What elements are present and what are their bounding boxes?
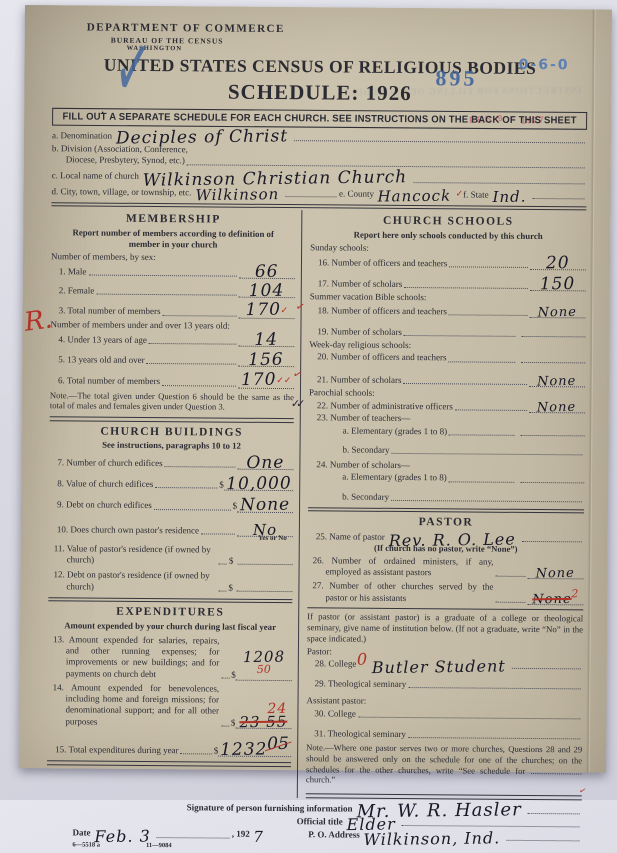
q22-value: None <box>529 401 585 414</box>
q16-row: 16. Number of officers and teachers 20 <box>310 254 586 270</box>
city-value: Wilkinson <box>195 189 279 201</box>
q28-red-mark: 0 <box>356 654 367 665</box>
pastor-note: Note.—Where one pastor serves two or mor… <box>306 742 582 787</box>
q21-value: None <box>529 375 585 388</box>
q19-blank <box>521 335 585 338</box>
q5-row: 5. 13 years old and over 156 <box>50 351 294 367</box>
q28-value: Butler Student <box>371 660 505 673</box>
q23a-row: a. Elementary (grades 1 to 8) <box>309 425 585 438</box>
field-church-name: c. Local name of church Wilkinson Christ… <box>52 170 587 186</box>
pastor-title: PASTOR <box>308 515 584 532</box>
q13-value: 120850 <box>236 650 292 681</box>
buildings-title: CHURCH BUILDINGS <box>50 424 294 440</box>
q27-value: None2 <box>527 587 583 605</box>
graduate-note: If pastor (or assistant pastor) is a gra… <box>307 611 583 646</box>
q1-row: 1. Male 66 <box>51 263 295 279</box>
q27-row: 27. Number of other churches served by t… <box>307 580 583 605</box>
q7-row: 7. Number of church edifices One <box>49 454 293 470</box>
q15-value: 123205 <box>218 736 291 757</box>
right-column: CHURCH SCHOOLS Report here only schools … <box>297 210 587 800</box>
red-check-icon: ✓ <box>577 786 587 798</box>
schools-title: CHURCH SCHOOLS <box>310 214 586 231</box>
q13-row: 13. Amount expended for salaries, repair… <box>48 634 292 681</box>
q12-row: 12. Debt on pastor's residence (if owned… <box>48 570 292 594</box>
q14-row: 14. Amount expended for benevolences, in… <box>47 682 291 729</box>
q25-row: 25. Name of pastor Rev. R. O. Lee <box>308 531 584 544</box>
q17-row: 17. Number of scholars 150 <box>310 275 586 291</box>
yes-or-no-hint: Yes or No <box>258 534 287 543</box>
group-sunday-schools: Sunday schools: <box>310 242 586 255</box>
left-column: MEMBERSHIP Report number of members acco… <box>47 208 302 797</box>
q11-blank <box>237 563 292 565</box>
q20-row: 20. Number of officers and teachers <box>309 352 585 365</box>
q4-value: 14 <box>238 333 294 348</box>
buildings-subtitle: See instructions, paragraphs 10 to 12 <box>50 439 294 452</box>
q10-row: 10. Does church own pastor's residence N… <box>49 521 293 537</box>
instruction-banner: FILL OUT A SEPARATE SCHEDULE FOR EACH CH… <box>52 108 587 130</box>
census-form-paper: INSTRUCTIONS FOR FILLING OUT SCHEDULE ✓ … <box>19 5 612 773</box>
q28-row: 28. College 0 Butler Student <box>307 658 583 671</box>
red-check-icon: ✓ <box>294 299 306 314</box>
q6-row: 6. Total number of members 170✓✓ <box>50 372 294 389</box>
q4-row: 4. Under 13 years of age 14 <box>50 331 294 347</box>
membership-title: MEMBERSHIP <box>51 211 295 227</box>
q24-row: 24. Number of scholars— <box>308 459 584 472</box>
q3-value: 170✓ <box>239 303 295 319</box>
q1-value: 66 <box>239 265 295 280</box>
expenditures-subtitle: Amount expended by your church during la… <box>48 620 292 633</box>
q22-row: ✓✓ 22. Number of administrative officers… <box>309 399 585 413</box>
red-check-icon: ✓✓ <box>276 376 291 386</box>
handwritten-code: 0-6-0 <box>519 57 570 75</box>
q18-value: None <box>530 306 586 319</box>
q7-value: One <box>237 456 293 471</box>
q26-row: 26. Number of ordained ministers, if any… <box>308 555 584 580</box>
county-value: Hancock <box>378 191 452 202</box>
schedule-number-stamp: 895 <box>435 64 477 92</box>
q14-value: 24 23 55 <box>235 703 291 729</box>
q26-value: None <box>528 567 584 580</box>
schools-subtitle: Report here only schools conducted by th… <box>310 229 586 242</box>
id-fields: R. a. Denomination Deciples of Christ b.… <box>51 129 587 201</box>
q21-row: ✓ 21. Number of scholars None <box>309 373 585 387</box>
q23b-row: b. Secondary <box>308 444 584 457</box>
paper-crease <box>586 9 596 772</box>
q19-row: 19. Number of scholars <box>309 326 585 339</box>
membership-note: Note.—The total given under Question 6 s… <box>50 390 294 413</box>
q25-value: Rev. R. O. Lee <box>389 533 516 546</box>
q24b-row: b. Secondary <box>308 491 584 504</box>
form-header: ✓ ’ DEPARTMENT OF COMMERCE BUREAU OF THE… <box>52 21 588 129</box>
q8-value: 10,000 <box>224 477 294 492</box>
q29-row: 29. Theological seminary <box>307 678 583 691</box>
q9-row: 9. Debt on church edifices $ None <box>49 497 293 513</box>
q18-row: ✓ 18. Number of officers and teachers No… <box>310 304 586 318</box>
q31-row: 31. Theological seminary <box>306 728 582 741</box>
q17-value: 150 <box>530 277 586 292</box>
q5-value: 156 <box>238 353 294 368</box>
q16-value: 20 <box>530 256 586 271</box>
form-columns: MEMBERSHIP Report number of members acco… <box>47 208 587 800</box>
q24a-row: a. Elementary (grades 1 to 8) <box>308 472 584 485</box>
assistant-pastor-label: Assistant pastor: <box>306 696 582 709</box>
red-check-icon: ✓ <box>456 189 464 200</box>
q11-row: 11. Value of pastor's residence (if owne… <box>49 543 293 567</box>
black-check-icon: ✓✓ <box>291 397 302 411</box>
q27-correction: 2 <box>571 590 578 598</box>
q20-blank <box>521 361 585 364</box>
q23-row: 23. Number of teachers— <box>309 413 585 426</box>
group-weekday-schools: Week-day religious schools: <box>309 339 585 352</box>
q6-value: 170✓✓ <box>238 373 294 389</box>
q30-row: 30. College <box>306 708 582 721</box>
q2-row: 2. Female 104 <box>51 282 295 298</box>
q15-row: 15. Total expenditures during year $ 123… <box>47 735 291 757</box>
q9-value: None <box>237 498 293 513</box>
membership-subtitle: Report number of members according to de… <box>51 227 295 251</box>
q2-value: 104 <box>239 284 295 299</box>
q8-row: 8. Value of church edifices $ 10,000 <box>49 475 293 491</box>
state-value: Ind. <box>493 192 527 203</box>
red-check-icon: ✓ <box>281 306 289 316</box>
q13-cents: 50 <box>257 665 271 673</box>
field-city-county-state: d. City, town, village, or township, etc… <box>51 186 586 201</box>
q12-blank <box>237 590 293 592</box>
q3-row: 3. Total number of members 170✓ <box>51 302 295 319</box>
expenditures-title: EXPENDITURES <box>48 605 292 621</box>
q15-cents: 05 <box>267 739 289 751</box>
